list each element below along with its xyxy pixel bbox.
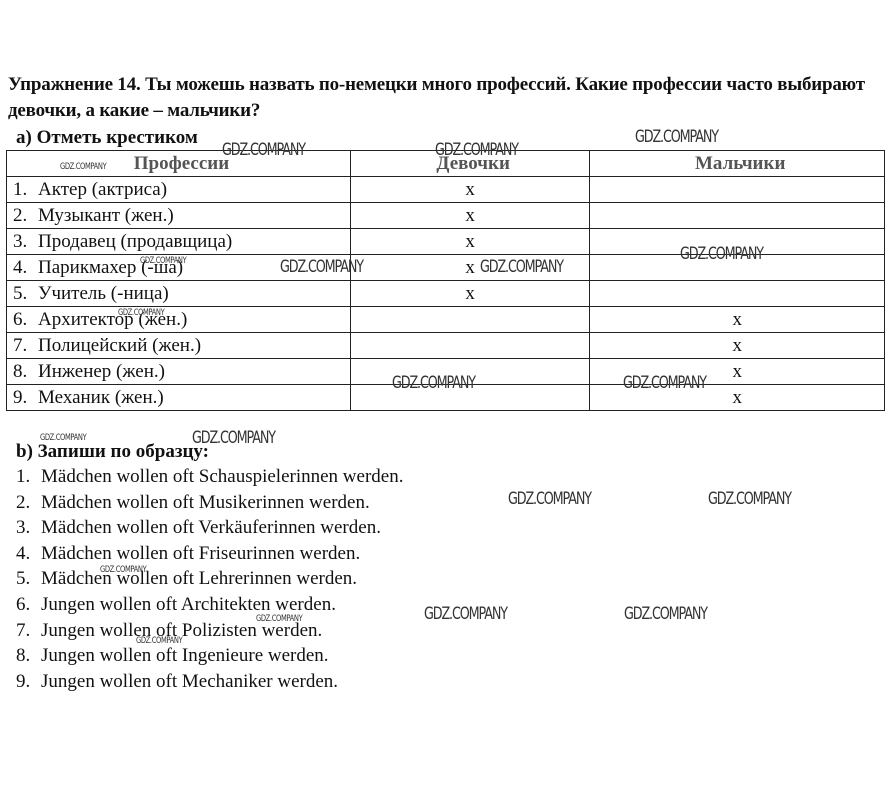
watermark: GDZ.COMPANY — [624, 604, 707, 624]
row-number: 4. — [13, 255, 38, 280]
row-number: 5. — [13, 281, 38, 306]
item-number: 3. — [16, 515, 41, 541]
watermark: GDZ.COMPANY — [256, 614, 302, 624]
list-item: 1.Mädchen wollen oft Schauspielerinnen w… — [16, 464, 403, 490]
profession-name: Актер (актриса) — [38, 179, 167, 200]
list-item: 3.Mädchen wollen oft Verkäuferinnen werd… — [16, 515, 403, 541]
answers-list: 1.Mädchen wollen oft Schauspielerinnen w… — [16, 464, 403, 694]
profession-cell: 8.Инженер (жен.) — [7, 359, 351, 385]
profession-cell: 5.Учитель (-ница) — [7, 281, 351, 307]
girls-mark: x — [350, 229, 589, 255]
part-a-label: a) Отметь крестиком — [16, 126, 198, 150]
profession-name: Учитель (-ница) — [38, 283, 169, 304]
table-row: 2.Музыкант (жен.) x — [7, 203, 885, 229]
watermark: GDZ.COMPANY — [140, 256, 186, 266]
profession-name: Полицейский (жен.) — [38, 335, 201, 356]
exercise-title: Упражнение 14. Ты можешь назвать по-неме… — [8, 72, 888, 124]
answer-text: Mädchen wollen oft Schauspielerinnen wer… — [41, 466, 403, 487]
answer-text: Jungen wollen oft Ingenieure werden. — [41, 645, 329, 666]
list-item: 8.Jungen wollen oft Ingenieure werden. — [16, 643, 403, 669]
girls-mark: x — [350, 281, 589, 307]
list-item: 4.Mädchen wollen oft Friseurinnen werden… — [16, 541, 403, 567]
watermark: GDZ.COMPANY — [222, 140, 305, 160]
item-number: 8. — [16, 643, 41, 669]
profession-name: Архитектор (жен.) — [38, 309, 187, 330]
answer-text: Jungen wollen oft Mechaniker werden. — [41, 671, 338, 692]
answer-text: Mädchen wollen oft Friseurinnen werden. — [41, 543, 360, 564]
girls-mark: x — [350, 203, 589, 229]
answer-text: Mädchen wollen oft Lehrerinnen werden. — [41, 568, 357, 589]
watermark: GDZ.COMPANY — [136, 636, 182, 646]
profession-name: Механик (жен.) — [38, 387, 164, 408]
row-number: 8. — [13, 359, 38, 384]
watermark: GDZ.COMPANY — [635, 127, 718, 147]
table-row: 5.Учитель (-ница) x — [7, 281, 885, 307]
profession-name: Продавец (продавщица) — [38, 231, 232, 252]
watermark: GDZ.COMPANY — [192, 428, 275, 448]
table-row: 7.Полицейский (жен.) x — [7, 333, 885, 359]
header-boys: Мальчики — [590, 151, 885, 177]
item-number: 2. — [16, 490, 41, 516]
watermark: GDZ.COMPANY — [435, 140, 518, 160]
item-number: 6. — [16, 592, 41, 618]
boys-mark — [590, 281, 885, 307]
profession-cell: 1.Актер (актриса) — [7, 177, 351, 203]
boys-mark — [590, 177, 885, 203]
row-number: 3. — [13, 229, 38, 254]
watermark: GDZ.COMPANY — [708, 489, 791, 509]
part-b-label: b) Запиши по образцу: — [16, 440, 209, 464]
watermark: GDZ.COMPANY — [40, 433, 86, 443]
watermark: GDZ.COMPANY — [100, 565, 146, 575]
profession-name: Инженер (жен.) — [38, 361, 165, 382]
list-item: 6.Jungen wollen oft Architekten werden. — [16, 592, 403, 618]
item-number: 7. — [16, 618, 41, 644]
row-number: 6. — [13, 307, 38, 332]
watermark: GDZ.COMPANY — [424, 604, 507, 624]
item-number: 5. — [16, 566, 41, 592]
table-row: 1.Актер (актриса) x — [7, 177, 885, 203]
watermark: GDZ.COMPANY — [60, 162, 106, 172]
profession-cell: 6.Архитектор (жен.) — [7, 307, 351, 333]
item-number: 1. — [16, 464, 41, 490]
profession-cell: 2.Музыкант (жен.) — [7, 203, 351, 229]
girls-mark — [350, 307, 589, 333]
answer-text: Mädchen wollen oft Musikerinnen werden. — [41, 492, 370, 513]
watermark: GDZ.COMPANY — [280, 257, 363, 277]
watermark: GDZ.COMPANY — [680, 244, 763, 264]
row-number: 2. — [13, 203, 38, 228]
item-number: 9. — [16, 669, 41, 695]
list-item: 7.Jungen wollen oft Polizisten werden. — [16, 618, 403, 644]
watermark: GDZ.COMPANY — [508, 489, 591, 509]
profession-cell: 3.Продавец (продавщица) — [7, 229, 351, 255]
profession-cell: 9.Механик (жен.) — [7, 385, 351, 411]
watermark: GDZ.COMPANY — [623, 373, 706, 393]
watermark: GDZ.COMPANY — [392, 373, 475, 393]
boys-mark: x — [590, 307, 885, 333]
profession-name: Музыкант (жен.) — [38, 205, 174, 226]
boys-mark: x — [590, 333, 885, 359]
profession-cell: 7.Полицейский (жен.) — [7, 333, 351, 359]
girls-mark: x — [350, 177, 589, 203]
watermark: GDZ.COMPANY — [118, 308, 164, 318]
girls-mark — [350, 333, 589, 359]
list-item: 9.Jungen wollen oft Mechaniker werden. — [16, 669, 403, 695]
row-number: 9. — [13, 385, 38, 410]
list-item: 2.Mädchen wollen oft Musikerinnen werden… — [16, 490, 403, 516]
answer-text: Jungen wollen oft Architekten werden. — [41, 594, 336, 615]
row-number: 7. — [13, 333, 38, 358]
boys-mark — [590, 203, 885, 229]
professions-table: Профессии Девочки Мальчики 1.Актер (актр… — [6, 150, 885, 411]
row-number: 1. — [13, 177, 38, 202]
answer-text: Mädchen wollen oft Verkäuferinnen werden… — [41, 517, 381, 538]
list-item: 5.Mädchen wollen oft Lehrerinnen werden. — [16, 566, 403, 592]
item-number: 4. — [16, 541, 41, 567]
watermark: GDZ.COMPANY — [480, 257, 563, 277]
